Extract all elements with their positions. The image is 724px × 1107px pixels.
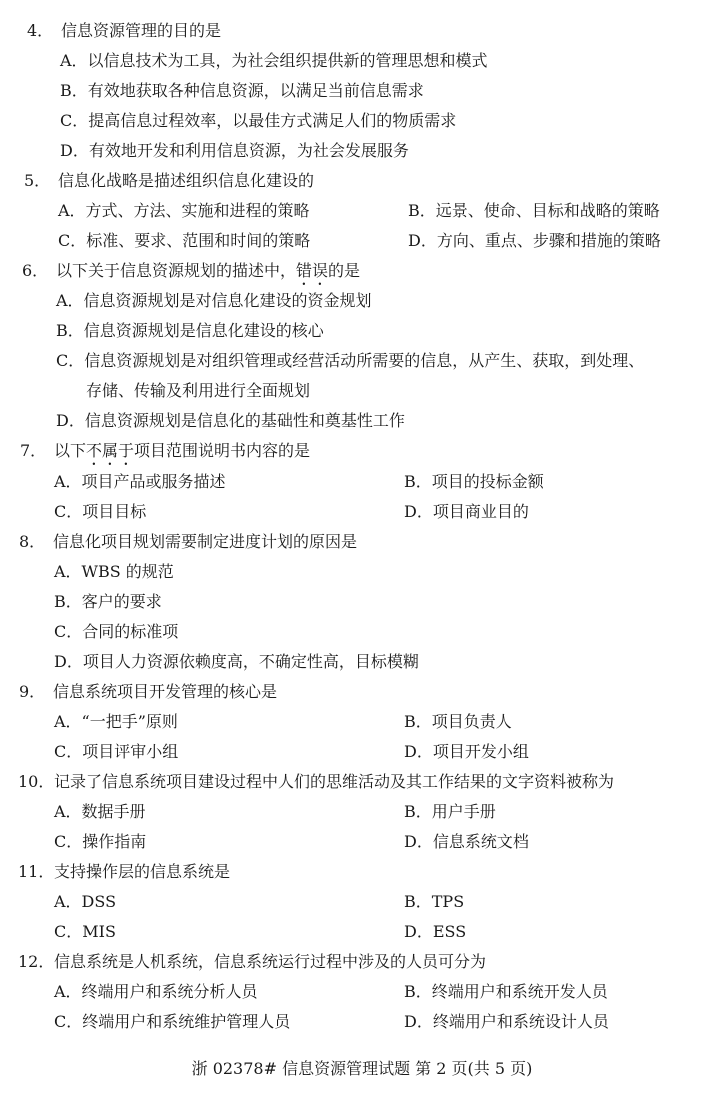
option-c: C．提高信息过程效率，以最佳方式满足人们的物质需求 bbox=[60, 111, 456, 131]
question-stem: 信息化项目规划需要制定进度计划的原因是 bbox=[53, 532, 357, 551]
question-number: 5． bbox=[24, 171, 58, 191]
option-a: A．信息资源规划是对信息化建设的资金规划 bbox=[56, 291, 372, 311]
question-number: 6． bbox=[22, 261, 56, 281]
option-a: A．方式、方法、实施和进程的策略 bbox=[58, 201, 310, 221]
option-b: B．客户的要求 bbox=[54, 592, 162, 612]
option-b: B．远景、使命、目标和战略的策略 bbox=[408, 201, 660, 221]
question-stem: 信息资源管理的目的是 bbox=[61, 21, 221, 40]
page-footer: 浙 02378# 信息资源管理试题 第 2 页(共 5 页) bbox=[0, 1056, 724, 1079]
question-9: 9．信息系统项目开发管理的核心是 bbox=[19, 682, 277, 704]
option-a: A．“一把手”原则 bbox=[54, 712, 178, 732]
question-5: 5．信息化战略是描述组织信息化建设的 bbox=[24, 171, 314, 193]
question-stem: 支持操作层的信息系统是 bbox=[54, 862, 230, 881]
emphasis-text: 错误 bbox=[296, 261, 328, 280]
option-a: A．数据手册 bbox=[54, 802, 146, 822]
option-b: B．TPS bbox=[404, 892, 464, 912]
question-number: 4． bbox=[27, 21, 61, 41]
option-b: B．项目的投标金额 bbox=[404, 472, 544, 492]
question-number: 7． bbox=[20, 441, 54, 461]
option-d: D．项目开发小组 bbox=[404, 742, 529, 762]
option-d: D．方向、重点、步骤和措施的策略 bbox=[408, 231, 661, 251]
option-d: D．ESS bbox=[404, 922, 466, 942]
option-a: A．WBS 的规范 bbox=[54, 562, 174, 582]
option-a: A．DSS bbox=[54, 892, 116, 912]
option-d: D．信息系统文档 bbox=[404, 832, 529, 852]
option-d: D．有效地开发和利用信息资源，为社会发展服务 bbox=[60, 141, 409, 161]
option-a: A．项目产品或服务描述 bbox=[54, 472, 226, 492]
option-b: B．终端用户和系统开发人员 bbox=[404, 982, 608, 1002]
option-c: C．项目评审小组 bbox=[54, 742, 178, 762]
option-b: B．信息资源规划是信息化建设的核心 bbox=[56, 321, 324, 341]
question-stem: 记录了信息系统项目建设过程中人们的思维活动及其工作结果的文字资料被称为 bbox=[54, 772, 614, 791]
question-stem: 信息系统项目开发管理的核心是 bbox=[53, 682, 277, 701]
question-stem: 以下关于信息资源规划的描述中，错误的是 bbox=[56, 261, 360, 280]
question-10: 10．记录了信息系统项目建设过程中人们的思维活动及其工作结果的文字资料被称为 bbox=[18, 772, 614, 794]
question-number: 9． bbox=[19, 682, 53, 702]
question-stem: 信息系统是人机系统，信息系统运行过程中涉及的人员可分为 bbox=[54, 952, 486, 971]
question-11: 11．支持操作层的信息系统是 bbox=[18, 862, 230, 884]
question-number: 8． bbox=[19, 532, 53, 552]
question-number: 11． bbox=[18, 862, 54, 882]
option-c: C．终端用户和系统维护管理人员 bbox=[54, 1012, 290, 1032]
option-d: D．项目商业目的 bbox=[404, 502, 529, 522]
option-a: A．以信息技术为工具，为社会组织提供新的管理思想和模式 bbox=[60, 51, 488, 71]
option-d: D．项目人力资源依赖度高，不确定性高，目标模糊 bbox=[54, 652, 419, 672]
option-c: C．MIS bbox=[54, 922, 116, 942]
question-12: 12．信息系统是人机系统，信息系统运行过程中涉及的人员可分为 bbox=[18, 952, 486, 974]
option-c-continued: 存储、传输及利用进行全面规划 bbox=[86, 381, 310, 401]
option-c: C．信息资源规划是对组织管理或经营活动所需要的信息，从产生、获取，到处理、 bbox=[56, 351, 644, 371]
emphasis-text: 不属于 bbox=[86, 441, 134, 460]
question-stem: 信息化战略是描述组织信息化建设的 bbox=[58, 171, 314, 190]
question-7: 7．以下不属于项目范围说明书内容的是 bbox=[20, 441, 310, 463]
option-b: B．用户手册 bbox=[404, 802, 496, 822]
option-b: B．项目负责人 bbox=[404, 712, 512, 732]
option-c: C．项目目标 bbox=[54, 502, 146, 522]
option-d: D．信息资源规划是信息化的基础性和奠基性工作 bbox=[56, 411, 405, 431]
question-stem: 以下不属于项目范围说明书内容的是 bbox=[54, 441, 310, 460]
option-b: B．有效地获取各种信息资源，以满足当前信息需求 bbox=[60, 81, 424, 101]
question-8: 8．信息化项目规划需要制定进度计划的原因是 bbox=[19, 532, 357, 554]
question-6: 6．以下关于信息资源规划的描述中，错误的是 bbox=[22, 261, 360, 283]
question-4: 4．信息资源管理的目的是 bbox=[27, 21, 221, 43]
option-c: C．操作指南 bbox=[54, 832, 146, 852]
option-c: C．合同的标准项 bbox=[54, 622, 178, 642]
option-c: C．标准、要求、范围和时间的策略 bbox=[58, 231, 310, 251]
question-number: 10． bbox=[18, 772, 54, 792]
option-d: D．终端用户和系统设计人员 bbox=[404, 1012, 609, 1032]
option-a: A．终端用户和系统分析人员 bbox=[54, 982, 258, 1002]
question-number: 12． bbox=[18, 952, 54, 972]
